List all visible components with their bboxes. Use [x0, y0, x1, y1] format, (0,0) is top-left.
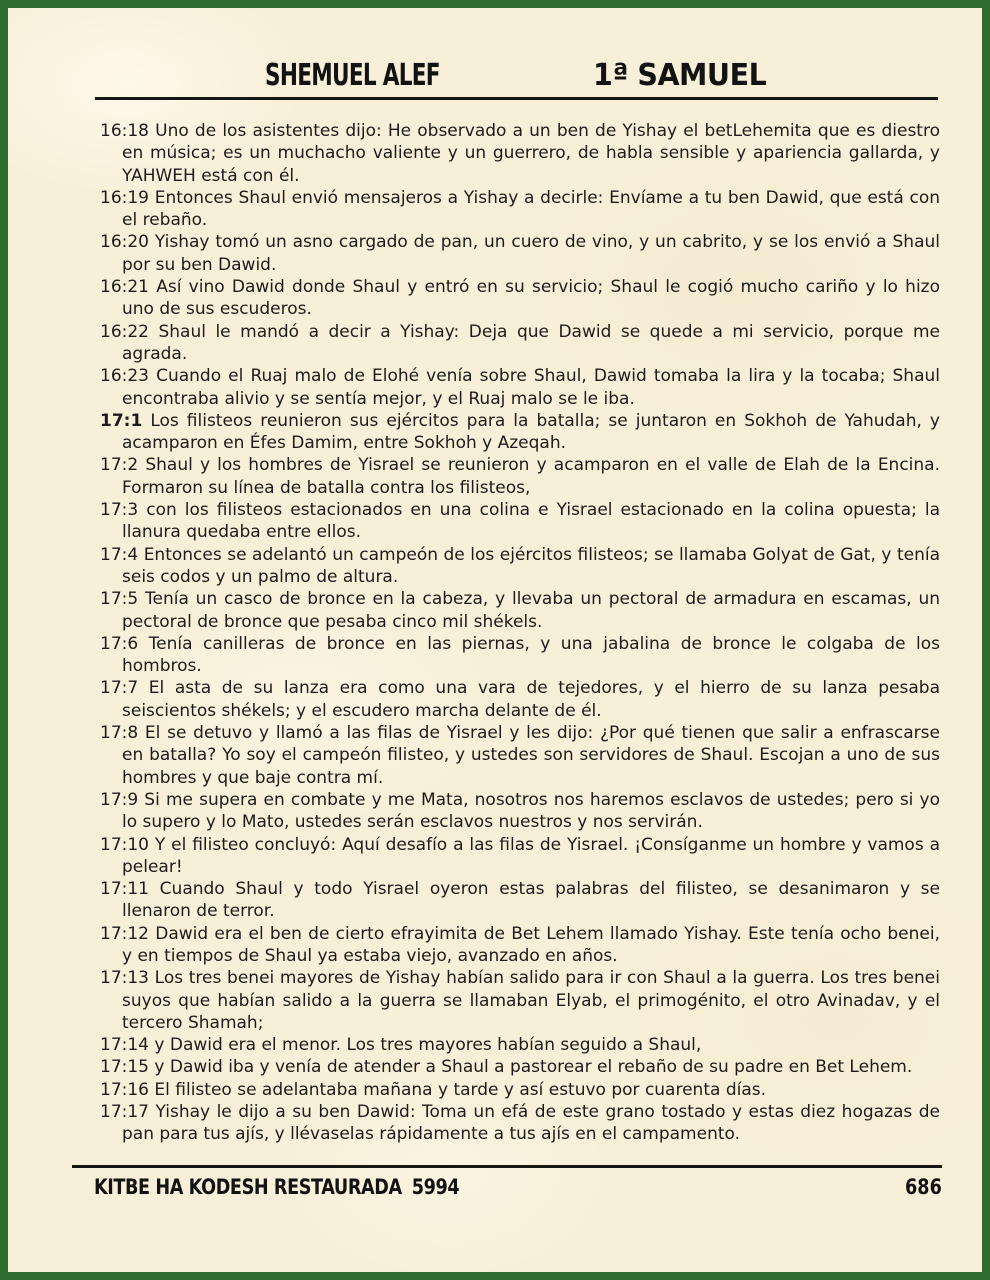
- verse-ref: 17:6: [100, 634, 138, 654]
- verse-ref: 17:9: [100, 790, 138, 810]
- verse: 17:10 Y el filisteo concluyó: Aquí desaf…: [100, 834, 940, 879]
- page-number: 686: [905, 1174, 942, 1200]
- verse: 17:6 Tenía canilleras de bronce en las p…: [100, 633, 940, 678]
- page-border: SHEMUEL ALEF 1ª SAMUEL 16:18 Uno de los …: [0, 0, 990, 1280]
- verse: 17:4 Entonces se adelantó un campeón de …: [100, 544, 940, 589]
- verse: 16:18 Uno de los asistentes dijo: He obs…: [100, 120, 940, 187]
- verse: 17:9 Si me supera en combate y me Mata, …: [100, 789, 940, 834]
- verse-ref: 17:14: [100, 1035, 149, 1055]
- verse: 17:3 con los filisteos estacionados en u…: [100, 499, 940, 544]
- verse-ref: 16:23: [100, 366, 149, 386]
- verse: 17:1 Los filisteos reunieron sus ejércit…: [100, 410, 940, 455]
- verse: 17:16 El filisteo se adelantaba mañana y…: [100, 1079, 940, 1101]
- verse: 16:22 Shaul le mandó a decir a Yishay: D…: [100, 321, 940, 366]
- verse: 16:21 Así vino Dawid donde Shaul y entró…: [100, 276, 940, 321]
- verse: 17:13 Los tres benei mayores de Yishay h…: [100, 967, 940, 1034]
- verse: 17:7 El asta de su lanza era como una va…: [100, 677, 940, 722]
- verse-ref: 17:11: [100, 879, 149, 899]
- verse: 17:17 Yishay le dijo a su ben Dawid: Tom…: [100, 1101, 940, 1146]
- edition-year: 5994: [412, 1175, 459, 1199]
- verse-ref: 16:20: [100, 232, 149, 252]
- verse-ref: 17:17: [100, 1102, 149, 1122]
- header-divider: [95, 97, 938, 100]
- verse: 16:20 Yishay tomó un asno cargado de pan…: [100, 231, 940, 276]
- verse-ref: 17:4: [100, 545, 138, 565]
- verse: 17:5 Tenía un casco de bronce en la cabe…: [100, 588, 940, 633]
- verse-ref: 17:8: [100, 723, 138, 743]
- verse: 17:11 Cuando Shaul y todo Yisrael oyeron…: [100, 878, 940, 923]
- verse-ref: 17:1: [100, 411, 142, 431]
- verse-ref: 17:5: [100, 589, 138, 609]
- verse: 17:2 Shaul y los hombres de Yisrael se r…: [100, 454, 940, 499]
- verse-ref: 16:19: [100, 188, 149, 208]
- verse: 16:19 Entonces Shaul envió mensajeros a …: [100, 187, 940, 232]
- verse-ref: 16:22: [100, 322, 149, 342]
- verse-ref: 17:16: [100, 1080, 149, 1100]
- edition-title: KITBE HA KODESH RESTAURADA: [94, 1175, 402, 1199]
- page: SHEMUEL ALEF 1ª SAMUEL 16:18 Uno de los …: [8, 8, 982, 1272]
- verse-ref: 16:21: [100, 277, 149, 297]
- verse: 17:12 Dawid era el ben de cierto efrayim…: [100, 923, 940, 968]
- verse: 17:15 y Dawid iba y venía de atender a S…: [100, 1056, 940, 1078]
- verse: 17:14 y Dawid era el menor. Los tres may…: [100, 1034, 940, 1056]
- verse-ref: 17:7: [100, 678, 138, 698]
- verse: 17:8 El se detuvo y llamó a las filas de…: [100, 722, 940, 789]
- book-title-hebrew: SHEMUEL ALEF: [265, 59, 440, 93]
- verse: 16:23 Cuando el Ruaj malo de Elohé venía…: [100, 365, 940, 410]
- footer-edition: KITBE HA KODESH RESTAURADA5994: [94, 1174, 459, 1200]
- scripture-text: 16:18 Uno de los asistentes dijo: He obs…: [100, 120, 940, 1146]
- verse-ref: 17:12: [100, 924, 149, 944]
- book-title-spanish: 1ª SAMUEL: [593, 59, 766, 93]
- verse-ref: 17:13: [100, 968, 149, 988]
- verse-ref: 16:18: [100, 121, 149, 141]
- verse-ref: 17:15: [100, 1057, 149, 1077]
- verse-ref: 17:10: [100, 835, 149, 855]
- footer-divider: [72, 1165, 942, 1168]
- verse-ref: 17:2: [100, 455, 138, 475]
- verse-ref: 17:3: [100, 500, 138, 520]
